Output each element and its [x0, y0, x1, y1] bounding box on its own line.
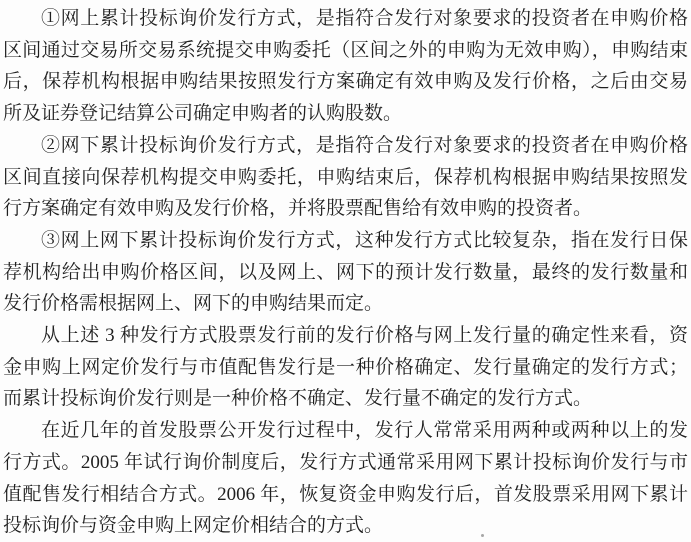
text-line: ③网上网下累计投标询价发行方式，这种发行方式比较复杂，指在发行日保	[3, 225, 688, 257]
text-line: 荐机构给出申购价格区间，以及网上、网下的预计发行数量，最终的发行数量和	[3, 257, 688, 289]
text-line: 从上述 3 种发行方式股票发行前的发行价格与网上发行量的确定性来看，资	[3, 320, 688, 352]
text-line: 投标询价与资金申购上网定价相结合的方式。	[3, 510, 688, 542]
text-line: ②网下累计投标询价发行方式，是指符合发行对象要求的投资者在申购价格	[3, 130, 688, 162]
text-line: 在近几年的首发股票公开发行过程中，发行人常常采用两种或两种以上的发	[3, 415, 688, 447]
paragraph-2: ②网下累计投标询价发行方式，是指符合发行对象要求的投资者在申购价格 区间直接向保…	[3, 130, 688, 225]
paragraph-4: 从上述 3 种发行方式股票发行前的发行价格与网上发行量的确定性来看，资 金申购上…	[3, 320, 688, 415]
text-line: 区间直接向保荐机构提交申购委托，申购结束后，保荐机构根据申购结果按照发	[3, 162, 688, 194]
text-line: 发行价格需根据网上、网下的申购结果而定。	[3, 288, 688, 320]
text-line: 值配售发行相结合方式。2006 年，恢复资金申购发行后，首发股票采用网下累计	[3, 479, 688, 511]
text-line: 行方式。2005 年试行询价制度后，发行方式通常采用网下累计投标询价发行与市	[3, 447, 688, 479]
text-line: 所及证券登记结算公司确定申购者的认购股数。	[3, 98, 688, 130]
text-line: 行方案确定有效申购及发行价格，并将股票配售给有效申购的投资者。	[3, 193, 688, 225]
text-line: 区间通过交易所交易系统提交申购委托（区间之外的申购为无效申购），申购结束	[3, 35, 688, 67]
scan-speck	[481, 534, 484, 537]
text-line: 后，保荐机构根据申购结果按照发行方案确定有效申购及发行价格，之后由交易	[3, 66, 688, 98]
document-page: ①网上累计投标询价发行方式，是指符合发行对象要求的投资者在申购价格 区间通过交易…	[0, 0, 691, 542]
paragraph-5: 在近几年的首发股票公开发行过程中，发行人常常采用两种或两种以上的发 行方式。20…	[3, 415, 688, 542]
text-line: 金申购上网定价发行与市值配售发行是一种价格确定、发行量确定的发行方式；	[3, 352, 688, 384]
paragraph-1: ①网上累计投标询价发行方式，是指符合发行对象要求的投资者在申购价格 区间通过交易…	[3, 3, 688, 130]
text-line: ①网上累计投标询价发行方式，是指符合发行对象要求的投资者在申购价格	[3, 3, 688, 35]
text-line: 而累计投标询价发行则是一种价格不确定、发行量不确定的发行方式。	[3, 383, 688, 415]
paragraph-3: ③网上网下累计投标询价发行方式，这种发行方式比较复杂，指在发行日保 荐机构给出申…	[3, 225, 688, 320]
